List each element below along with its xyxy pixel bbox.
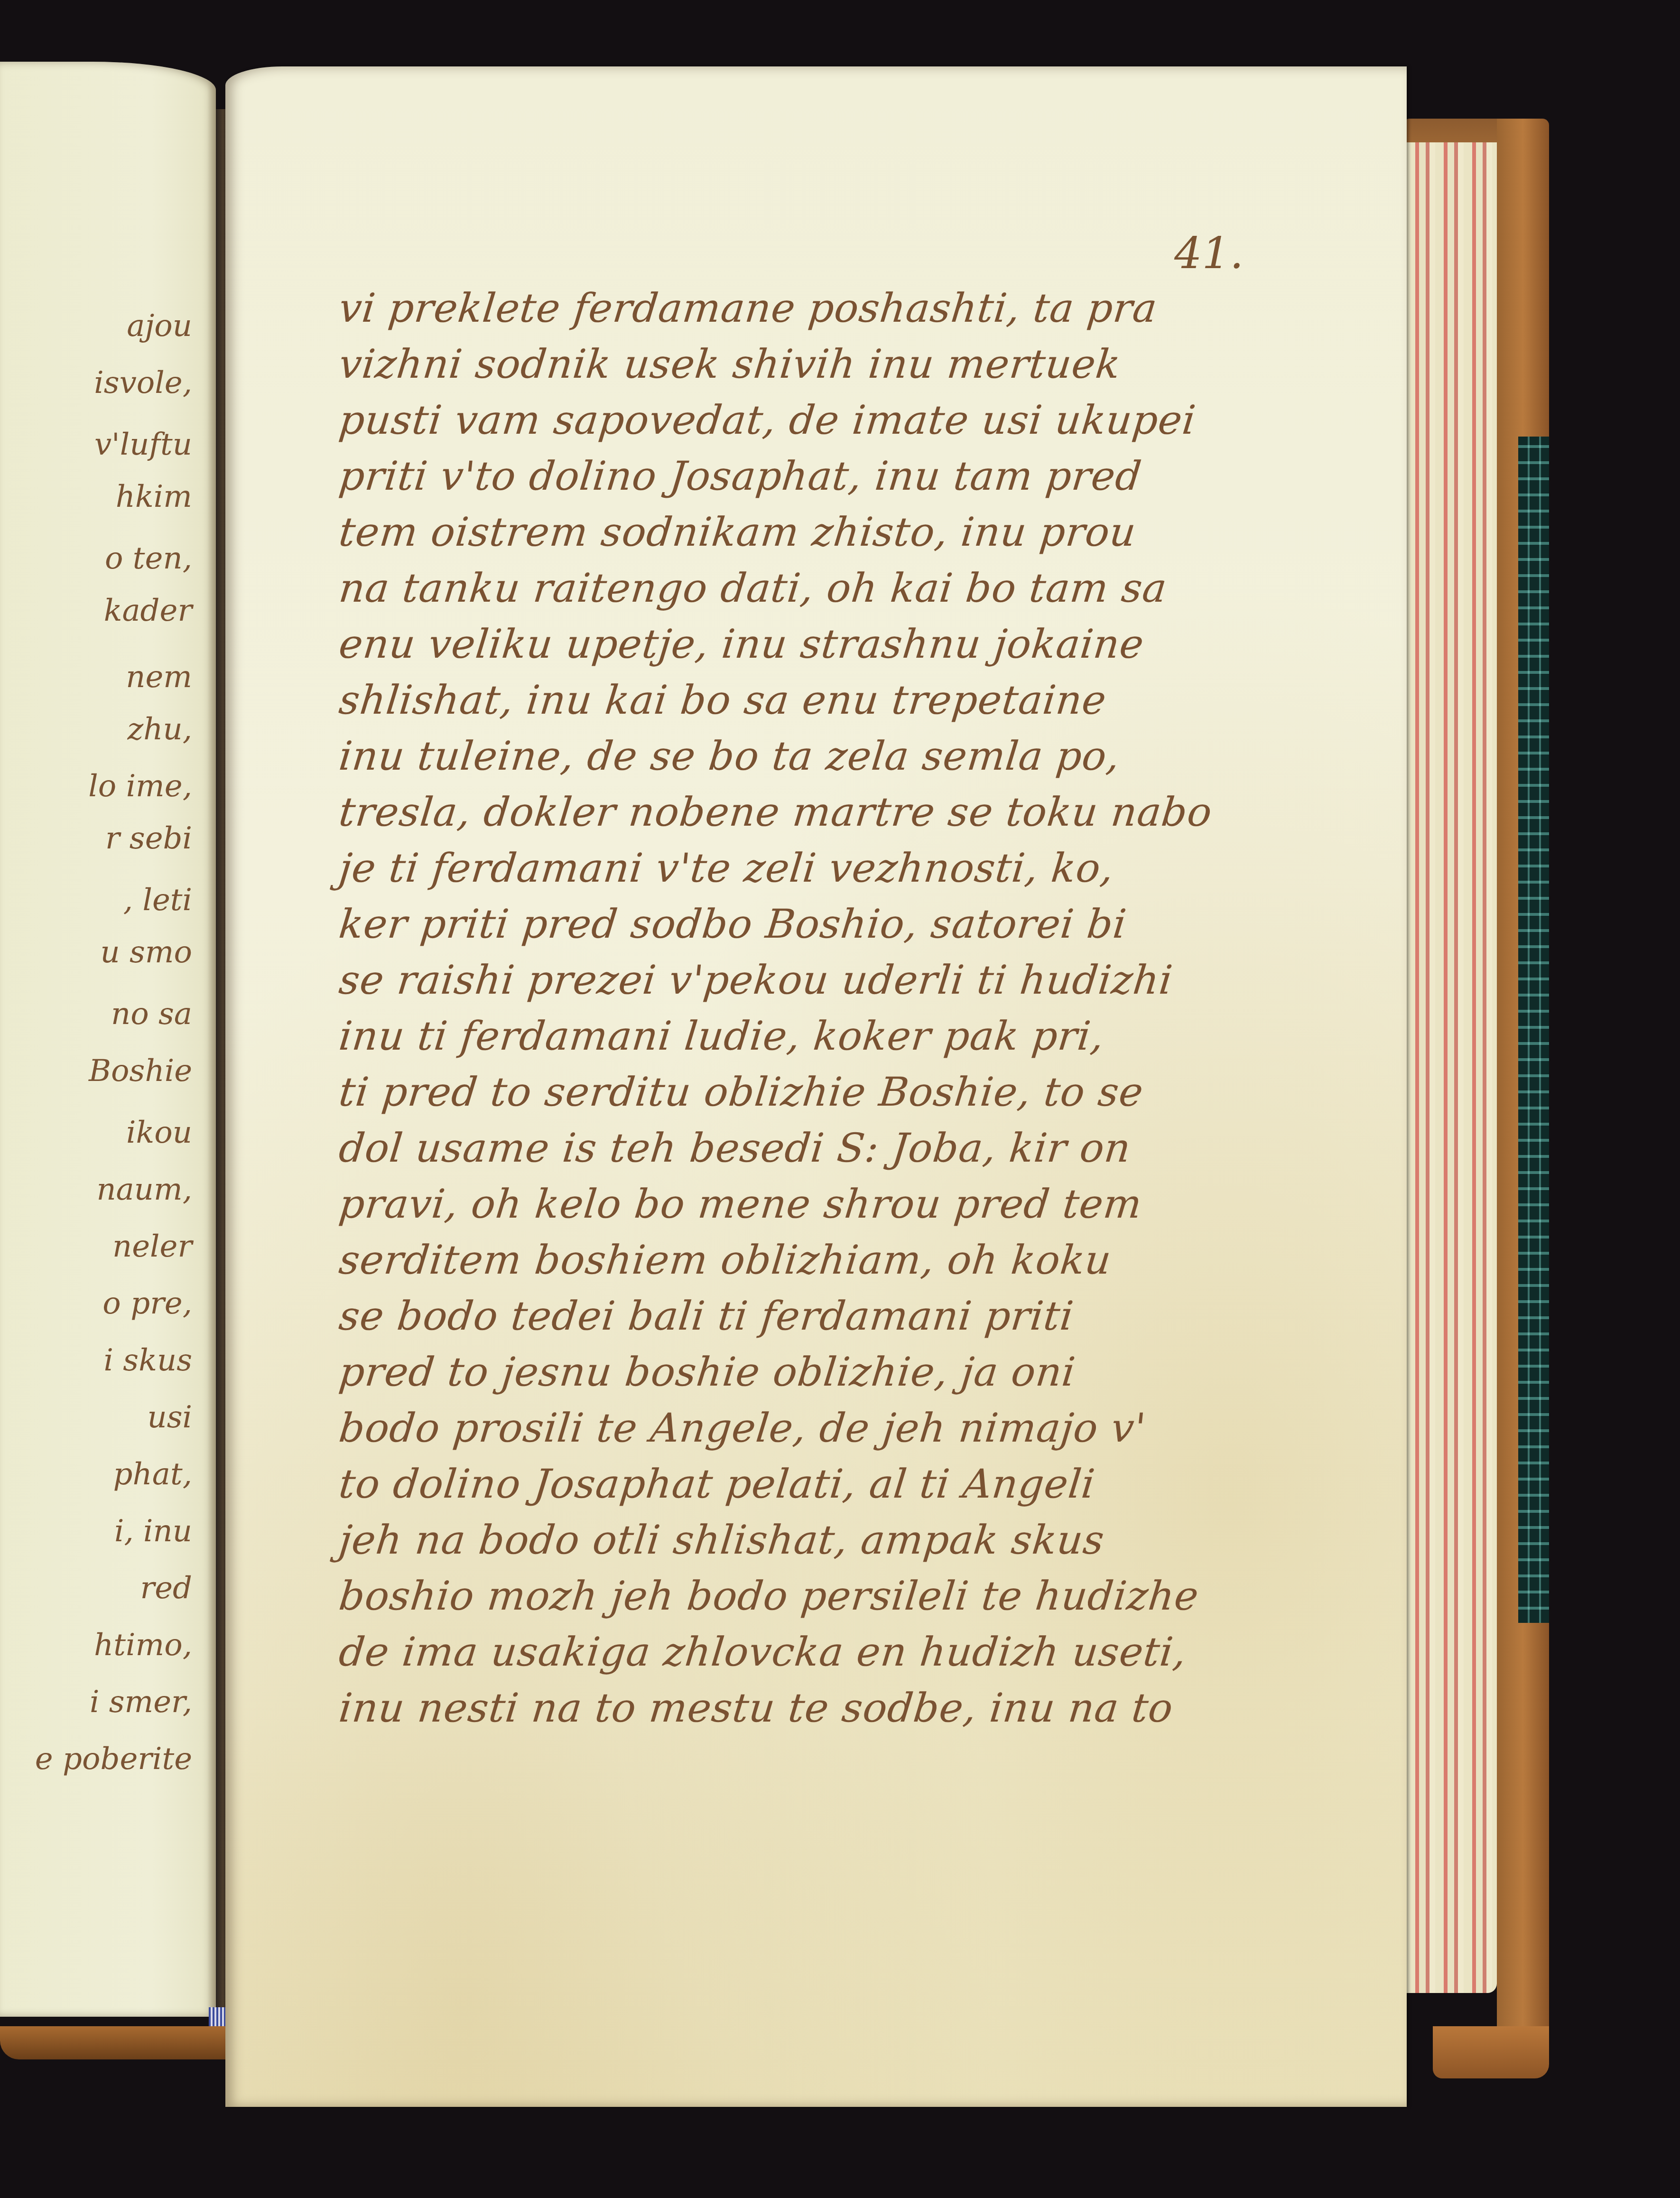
left-fragment: Boshie [89, 1053, 192, 1089]
left-fragment: , leti [123, 883, 192, 918]
left-fragment: hkim [116, 479, 192, 514]
text-line: pred to jesnu boshie oblizhie, ja oni [336, 1344, 1386, 1400]
text-line: tem oistrem sodnikam zhisto, inu prou [336, 504, 1386, 560]
left-fragment: i, inu [114, 1514, 192, 1549]
text-line: priti v'to dolino Josaphat, inu tam pred [336, 448, 1386, 504]
handwritten-text: vi preklete ferdamane poshashti, ta pra … [339, 280, 1383, 1736]
text-line: pravi, oh kelo bo mene shrou pred tem [336, 1176, 1386, 1232]
text-line: vizhni sodnik usek shivih inu mertuek [336, 336, 1386, 392]
text-line: tresla, dokler nobene martre se toku nab… [336, 784, 1386, 840]
left-fragment: usi [147, 1400, 192, 1435]
left-fragment: u smo [100, 935, 192, 970]
left-fragment: e poberite [35, 1742, 192, 1777]
left-fragment: o pre, [102, 1286, 192, 1321]
left-fragment: nem [126, 660, 192, 695]
text-line: inu tuleine, de se bo ta zela semla po, [336, 728, 1386, 784]
text-line: ker priti pred sodbo Boshio, satorei bi [336, 896, 1386, 952]
text-line: bodo prosili te Angele, de jeh nimajo v' [336, 1400, 1386, 1456]
text-line: na tanku raitengo dati, oh kai bo tam sa [336, 560, 1386, 616]
text-line: pusti vam sapovedat, de imate usi ukupei [336, 392, 1386, 448]
left-fragment: naum, [96, 1172, 192, 1207]
left-fragment: htimo, [94, 1628, 192, 1663]
left-fragment: red [140, 1571, 192, 1606]
left-fragment: neler [112, 1229, 192, 1264]
left-fragment: r sebi [105, 821, 192, 856]
text-line: vi preklete ferdamane poshashti, ta pra [336, 280, 1386, 336]
left-fragment: ajou [127, 308, 192, 344]
text-line: shlishat, inu kai bo sa enu trepetaine [336, 672, 1386, 728]
left-fragment: lo ime, [88, 769, 192, 804]
left-fragment: v'luftu [94, 427, 192, 462]
text-line: de ima usakiga zhlovcka en hudizh useti, [336, 1624, 1386, 1680]
text-line: se bodo tedei bali ti ferdamani priti [336, 1288, 1386, 1344]
left-fragment: ikou [126, 1115, 192, 1150]
page-fore-edge [1407, 142, 1497, 1993]
left-fragment: phat, [113, 1457, 192, 1492]
left-fragment: i skus [104, 1343, 193, 1378]
text-line: dol usame is teh besedi S: Joba, kir on [336, 1120, 1386, 1176]
leather-corner-bottom [1433, 2026, 1549, 2078]
text-line: jeh na bodo otli shlishat, ampak skus [336, 1512, 1386, 1568]
text-line: serditem boshiem oblizhiam, oh koku [336, 1232, 1386, 1288]
text-line: boshio mozh jeh bodo persileli te hudizh… [336, 1568, 1386, 1624]
left-fragment: zhu, [128, 712, 193, 747]
manuscript-page: 41. vi preklete ferdamane poshashti, ta … [225, 66, 1407, 2107]
page-number: 41. [1174, 228, 1244, 279]
text-line: inu ti ferdamani ludie, koker pak pri, [336, 1008, 1386, 1064]
left-fragment: i smer, [90, 1685, 192, 1720]
text-line: enu veliku upetje, inu strashnu jokaine [336, 616, 1386, 672]
left-fragment: kader [104, 593, 192, 628]
facing-left-page: ajou isvole, v'luftu hkim o ten, kader n… [0, 62, 216, 2017]
text-line: to dolino Josaphat pelati, al ti Angeli [336, 1456, 1386, 1512]
manuscript-photo: ajou isvole, v'luftu hkim o ten, kader n… [0, 0, 1680, 2198]
text-line: se raishi prezei v'pekou uderli ti hudiz… [336, 952, 1386, 1008]
text-line: ti pred to serditu oblizhie Boshie, to s… [336, 1064, 1386, 1120]
marbled-cover-paper [1518, 437, 1549, 1623]
left-fragment: o ten, [105, 541, 192, 576]
text-line: inu nesti na to mestu te sodbe, inu na t… [336, 1680, 1386, 1736]
text-line: je ti ferdamani v'te zeli vezhnosti, ko, [336, 840, 1386, 896]
left-fragment: isvole, [94, 365, 192, 400]
left-fragment: no sa [111, 997, 192, 1032]
